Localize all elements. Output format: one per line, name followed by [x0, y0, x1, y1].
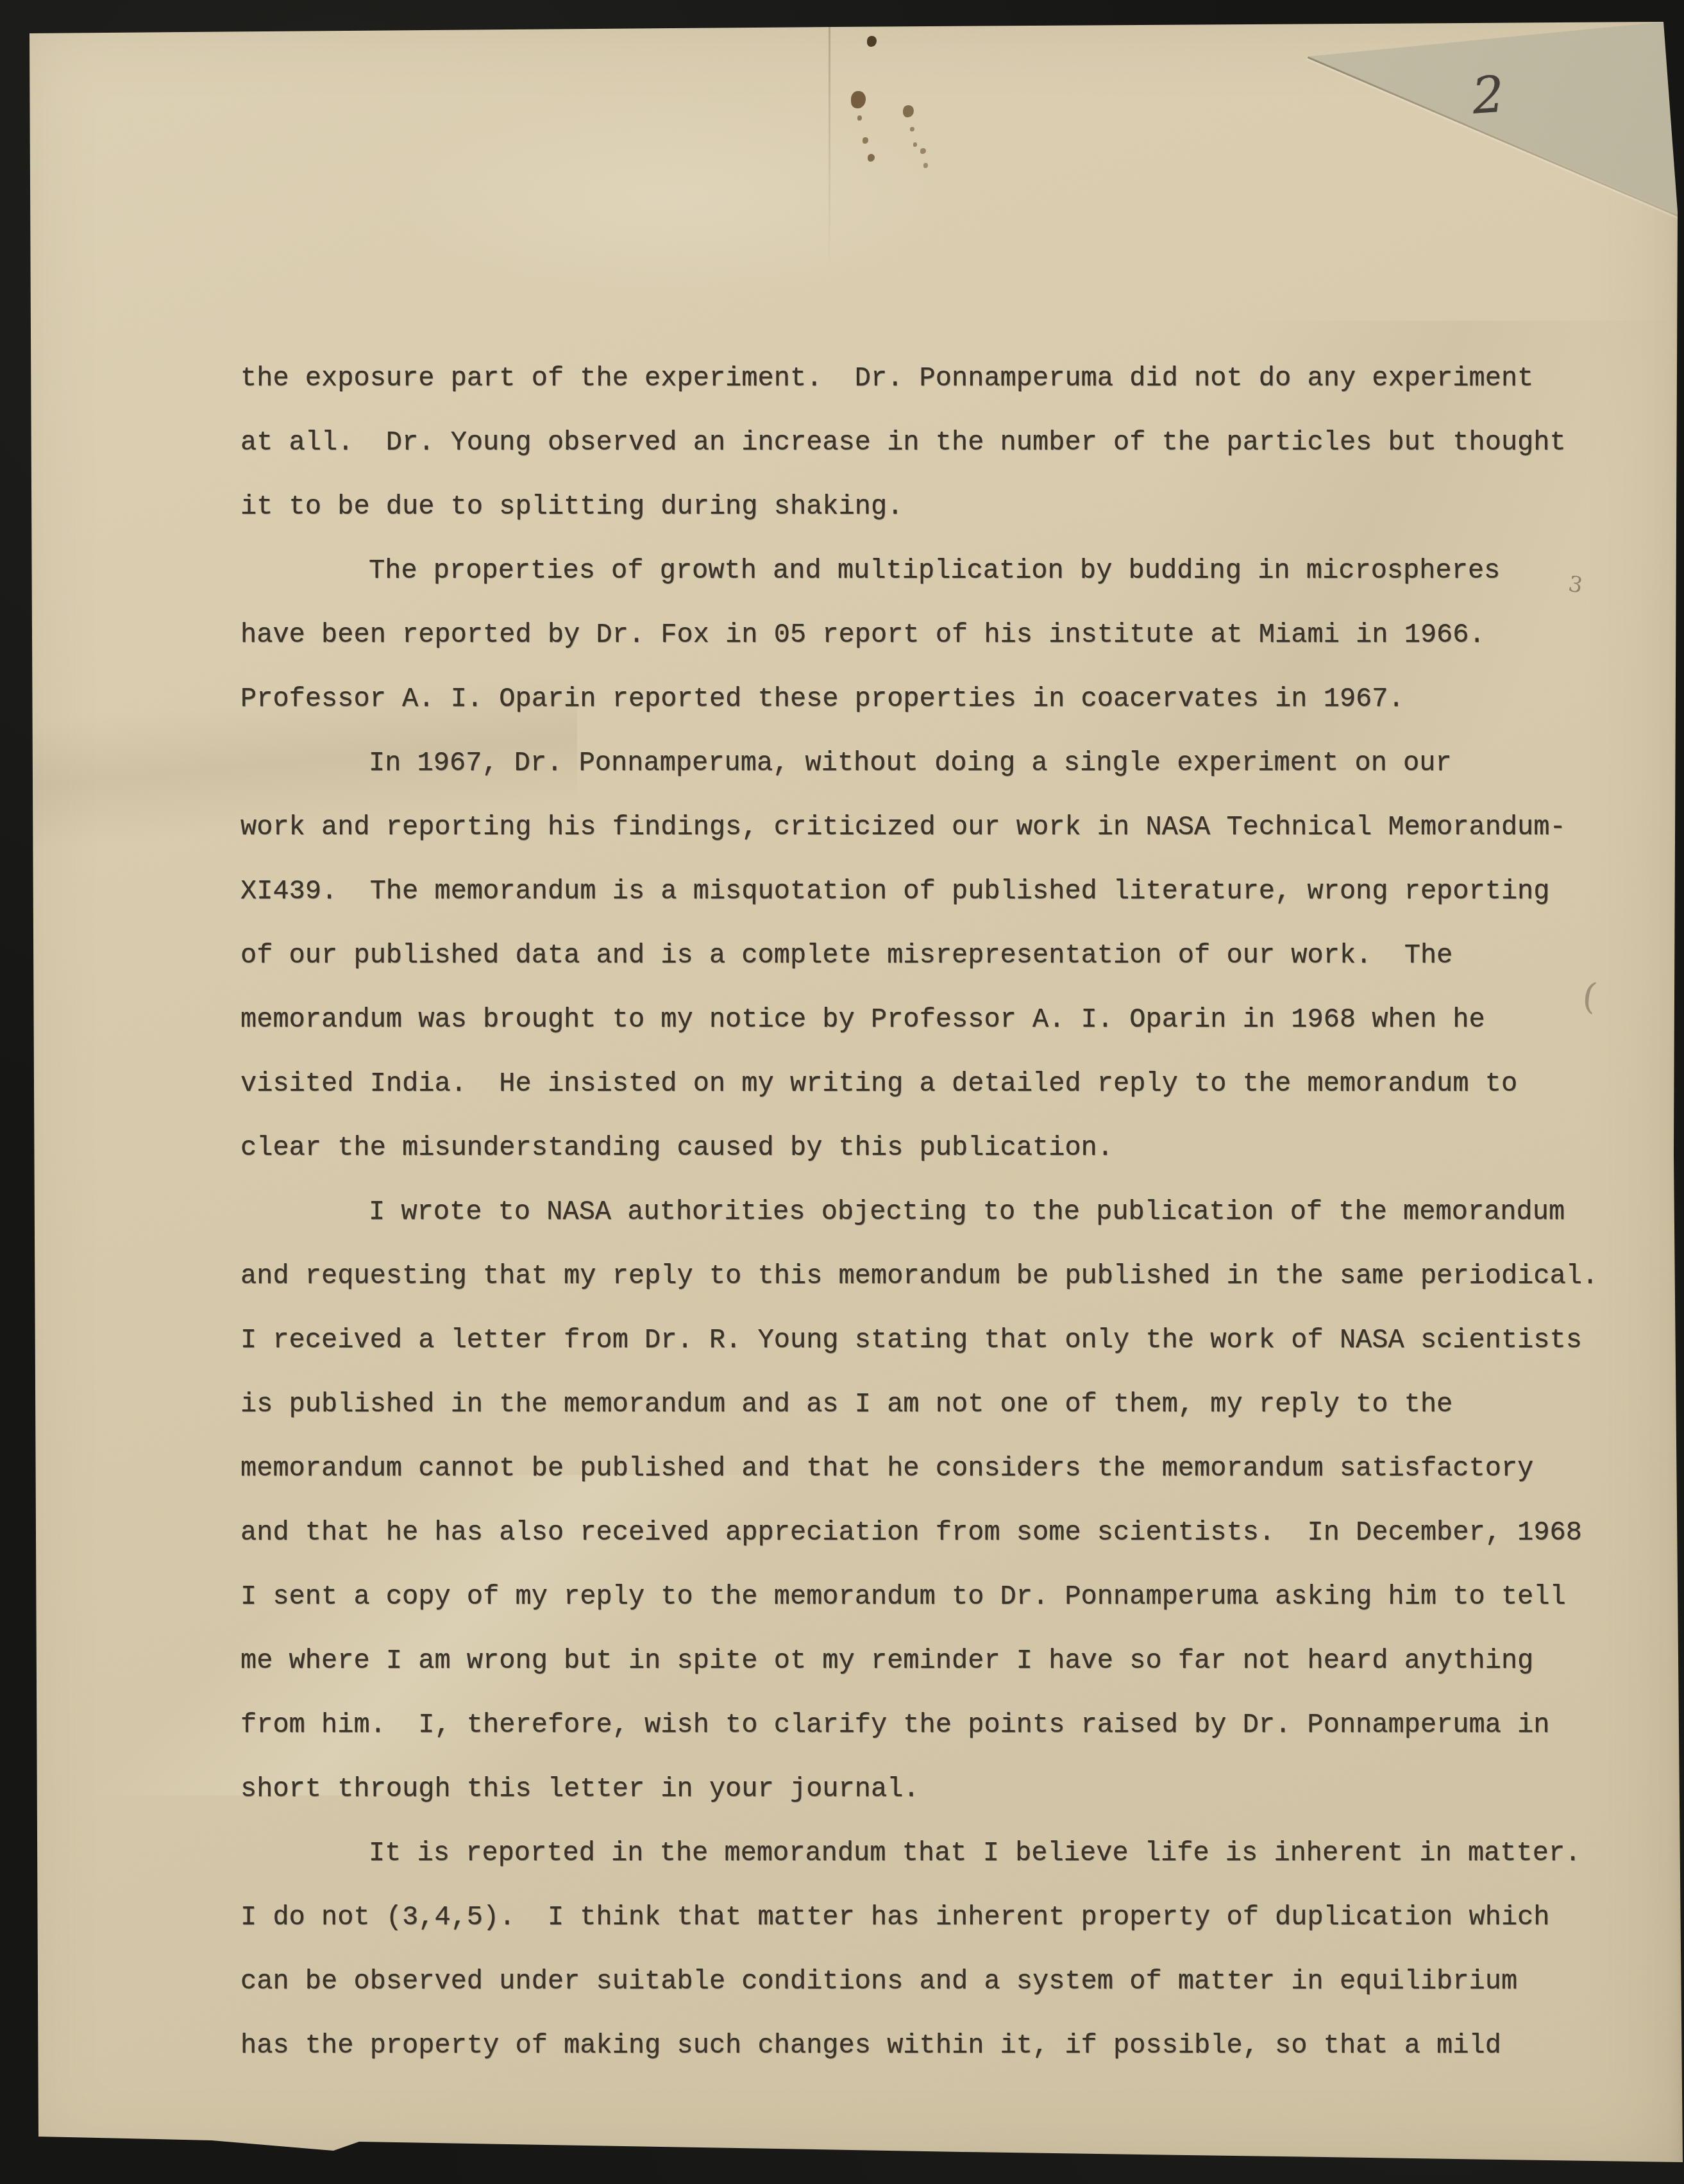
ink-stain — [857, 115, 862, 121]
typed-line: The properties of growth and multiplicat… — [240, 539, 1638, 603]
typed-line: It is reported in the memorandum that I … — [240, 1821, 1638, 1885]
typed-line: from him. I, therefore, wish to clarify … — [240, 1693, 1638, 1757]
typed-line: visited India. He insisted on my writing… — [240, 1052, 1638, 1116]
ink-stain — [867, 36, 877, 47]
typed-text-block: the exposure part of the experiment. Dr.… — [240, 154, 1638, 2078]
typed-line: I sent a copy of my reply to the memoran… — [240, 1565, 1638, 1629]
ink-stain — [920, 148, 926, 154]
ink-stain — [863, 137, 868, 144]
paper-sheet: 2 the exposure part of the experiment. D… — [0, 0, 1684, 2184]
typed-line: me where I am wrong but in spite ot my r… — [240, 1629, 1638, 1693]
typed-line: has the property of making such changes … — [240, 2013, 1638, 2078]
typed-line: is published in the memorandum and as I … — [240, 1372, 1638, 1436]
typed-line: clear the misunderstanding caused by thi… — [240, 1116, 1638, 1180]
ink-stain — [910, 127, 914, 131]
ink-stain — [903, 105, 914, 117]
typed-line: the exposure part of the experiment. Dr.… — [240, 346, 1638, 410]
typed-line: and requesting that my reply to this mem… — [240, 1244, 1638, 1308]
typed-line: In 1967, Dr. Ponnamperuma, without doing… — [240, 731, 1638, 795]
typed-line: I do not (3,4,5). I think that matter ha… — [240, 1885, 1638, 1949]
typed-line: and that he has also received appreciati… — [240, 1500, 1638, 1565]
typed-line: Professor A. I. Oparin reported these pr… — [240, 667, 1638, 731]
typed-line: memorandum cannot be published and that … — [240, 1436, 1638, 1500]
ink-stain — [913, 142, 917, 147]
typed-line: at all. Dr. Young observed an increase i… — [240, 410, 1638, 475]
typed-line: of our published data and is a complete … — [240, 923, 1638, 987]
typed-line: I wrote to NASA authorities objecting to… — [240, 1180, 1638, 1244]
typed-line: memorandum was brought to my notice by P… — [240, 987, 1638, 1052]
typed-line: short through this letter in your journa… — [240, 1757, 1638, 1821]
typed-line: have been reported by Dr. Fox in 05 repo… — [240, 603, 1638, 667]
typed-line: I received a letter from Dr. R. Young st… — [240, 1308, 1638, 1372]
typed-line: can be observed under suitable condition… — [240, 1949, 1638, 2013]
ink-stain — [851, 91, 866, 108]
handwritten-page-number: 2 — [1470, 65, 1506, 125]
typed-line: it to be due to splitting during shaking… — [240, 475, 1638, 539]
typed-line: work and reporting his findings, critici… — [240, 795, 1638, 859]
typed-line: XI439. The memorandum is a misquotation … — [240, 859, 1638, 923]
